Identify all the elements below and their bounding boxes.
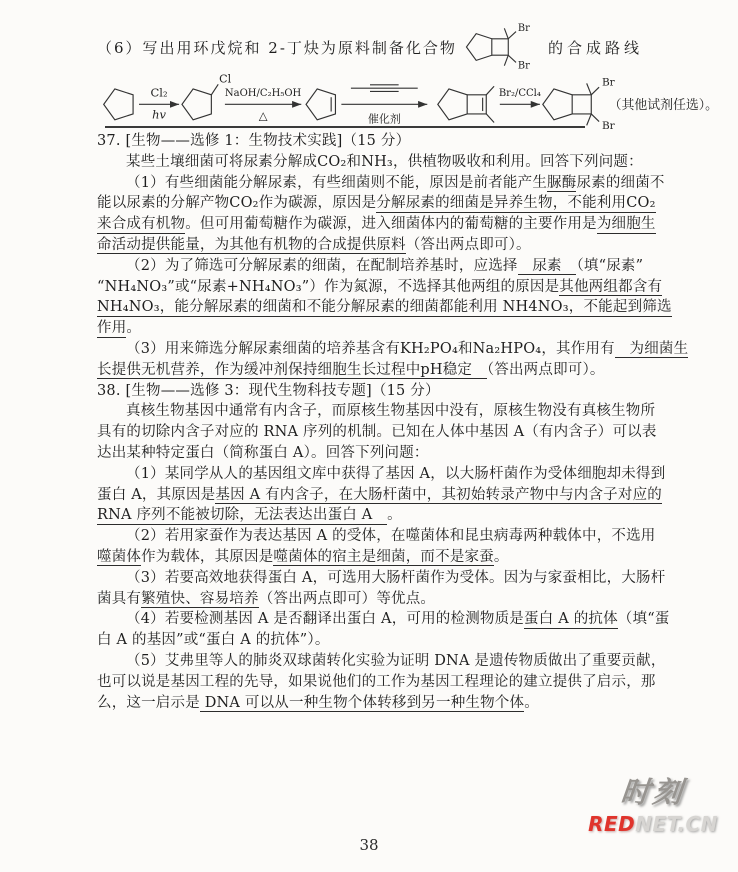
cl2-label: Cl₂ [151,86,168,100]
text-line: （3）用来筛选分解尿素细菌的培养基含有KH₂PO₄和Na₂HPO₄，其作用有 为… [97,339,643,360]
answer-underlined-text: DNA 可以从一种生物个体转移到另一种生物个体 [200,695,524,713]
delta-label: △ [259,109,268,123]
text-segment: （2）若用家蚕作为表达基因 A 的受体，在噬菌体和昆虫病毒两种载体中，不选用 [126,528,656,544]
text-line: 某些土壤细菌可将尿素分解成CO₂和NH₃，供植物吸收和利用。回答下列问题： [97,152,643,173]
text-line: （1）有些细菌能分解尿素，有些细菌则不能，原因是前者能产生脲酶尿素的细菌不 [97,173,643,194]
text-segment: 真核生物基因中通常有内含子，而原核生物基因中没有，原核生物没有真核生物所 [126,403,655,419]
answer-underlined-text: 来合成有机物 [97,216,185,234]
watermark-red-text: RED [588,812,635,836]
document-body: 37. [生物——选修 1：生物技术实践]（15 分）某些土壤细菌可将尿素分解成… [97,131,643,713]
text-segment: 达出某种特定蛋白（简称蛋白 A）。回答下列问题： [97,445,429,461]
answer-underlined-text: 分解尿素的细菌是异养生物，不能利用CO₂ [376,195,655,213]
text-line: 真核生物基因中通常有内含子，而原核生物基因中没有，原核生物没有真核生物所 [97,401,643,422]
cl-label: Cl [219,72,231,85]
answer-blank-rule [105,126,585,128]
text-line: NH₄NO₃，能分解尿素的细菌和不能分解尿素的细菌都能利用 NH4NO₃，不能起… [97,297,643,318]
dibromide-product-structure [543,83,599,125]
answer-underlined-text: 其他两组都含有 [559,279,662,297]
text-line: 蛋白 A，其原因是基因 A 有内含子，在大肠杆菌中，其初始转录产物中与内含子对应… [97,485,643,506]
text-line: （1）某同学从人的基因组文库中获得了基因 A，以大肠杆菌作为受体细胞却未得到 [97,464,643,485]
text-segment: （2）为了筛选可分解尿素的细菌，在配制培养基时，应选择 [126,258,518,274]
text-segment: 尿素的细菌不 [576,175,664,191]
text-segment: 某些土壤细菌可将尿素分解成CO₂和NH₃，供植物吸收和利用。回答下列问题： [126,154,643,170]
answer-underlined-text: 噬菌体 [97,549,141,567]
text-segment: （填“尿素” [576,258,643,274]
text-line: （2）为了筛选可分解尿素的细菌，在配制培养基时，应选择 尿素 （填“尿素” [97,256,643,277]
text-segment: 蛋白 A，其原因是 [97,487,215,503]
text-segment: 。 [387,507,402,523]
chlorocyclopentane-structure [182,89,211,120]
answer-underlined-text: 脲酶 [547,175,576,193]
watermark-logo: REDNET.CN [578,812,728,836]
text-segment: （答出两点即可）。 [487,362,605,378]
text-line: 达出某种特定蛋白（简称蛋白 A）。回答下列问题： [97,443,643,464]
q37-title: 37. [生物——选修 1：生物技术实践]（15 分） [97,131,643,152]
text-segment: （3）用来筛选分解尿素细菌的培养基含有KH₂PO₄和Na₂HPO₄，其作用有 [126,341,615,357]
text-segment: 。但可用葡萄糖作为碳源，进入细菌体内的葡萄糖的主要作用是 [185,216,597,232]
text-line: 具有的切除内含子对应的 RNA 序列的机制。已知在人体中基因 A（有内含子）可以… [97,422,643,443]
text-line: （3）若要高效地获得蛋白 A，可选用大肠杆菌作为受体。因为与家蚕相比，大肠杆 [97,568,643,589]
bicyclic-intermediate-structure [438,86,494,122]
answer-underlined-text: 尿素 [518,258,577,276]
text-segment: 具有的切除内含子对应的 RNA 序列的机制。已知在人体中基因 A（有内含子）可以… [97,424,657,440]
text-line: 噬菌体作为载体，其原因是噬菌体的宿主是细菌，而不是家蚕。 [97,547,643,568]
answer-underlined-text: 作用 [97,320,126,338]
answer-underlined-text: NH₄NO₃，能分解尿素的细菌和不能分解尿素的细菌都能利用 NH4NO₃，不能起… [97,299,672,317]
text-segment: 。 [126,320,141,336]
answer-underlined-text: 蛋白 A 的抗体 [524,611,618,629]
text-segment: 也可以说是基因工程的先导，如果说他们的工作为基因工程理论的建立提供了启示，那 [97,674,656,690]
page-number: 38 [0,836,738,854]
answer-underlined-text: 噬菌体的宿主是细菌，而不是家蚕 [273,549,494,567]
naoh-label: NaOH/C₂H₅OH [225,88,302,99]
text-segment: 作为载体，其原因是 [141,549,273,565]
br-label: Br [602,120,616,132]
watermark-gray-text: NET.CN [635,812,718,836]
text-segment: （填“蛋 [618,611,670,627]
reaction-scheme: Cl₂ hv Cl NaOH/C₂H₅OH △ 催化剂 Br₂/CCl₄ Br … [97,70,727,133]
text-segment: （5）艾弗里等人的肺炎双球菌转化实验为证明 DNA 是遗传物质做出了重要贡献， [126,653,666,669]
text-segment: （答出两点即可）。 [406,237,531,253]
text-segment: （1）有些细菌能分解尿素，有些细菌则不能，原因是前者能产生 [126,175,547,191]
hv-label: hv [152,108,166,122]
exam-page: （6）写出用环戊烷和 2-丁炔为原料制备化合物 Br Br 的合成路线 [0,0,738,872]
question-6-suffix: 的合成路线 [548,37,643,58]
text-segment: （答出两点即可）等优点。 [259,591,435,607]
answer-underlined-text: 繁殖快、容易培养 [141,591,259,609]
question-6-prefix: （6）写出用环戊烷和 2-丁炔为原料制备化合物 [97,37,457,58]
text-line: 长提供无机营养，作为缓冲剂保持细胞生长过程中pH稳定 （答出两点即可）。 [97,360,643,381]
text-segment: “NH₄NO₃”或“尿素+NH₄NO₃”）作为氮源，不选择其他两组的原因是 [97,279,559,295]
target-compound-structure: Br Br [464,18,540,76]
br2ccl4-label: Br₂/CCl₄ [499,88,541,99]
text-line: “NH₄NO₃”或“尿素+NH₄NO₃”）作为氮源，不选择其他两组的原因是其他两… [97,277,643,298]
answer-underlined-text: 命活动提供能量，为其他有机物的合成提供原料 [97,237,406,255]
text-segment: 37. [生物——选修 1：生物技术实践]（15 分） [97,133,410,149]
catalyst-label: 催化剂 [368,112,401,126]
answer-underlined-text: 长提供无机营养，作为缓冲剂保持细胞生长过程中pH稳定 [97,362,487,380]
text-line: 命活动提供能量，为其他有机物的合成提供原料（答出两点即可）。 [97,235,643,256]
rednet-watermark: 时刻 REDNET.CN [578,770,728,836]
watermark-chinese: 时刻 [576,770,730,811]
br-label: Br [602,76,616,88]
text-line: 么，这一启示是 DNA 可以从一种生物个体转移到另一种生物个体。 [97,693,643,714]
text-line: （2）若用家蚕作为表达基因 A 的受体，在噬菌体和昆虫病毒两种载体中，不选用 [97,526,643,547]
answer-underlined-text: 为细胞生 [597,216,656,234]
text-segment: 。 [494,549,509,565]
br-label: Br [518,23,530,34]
answer-underlined-text: 为细菌生 [615,341,689,359]
text-line: （4）若要检测基因 A 是否翻译出蛋白 A，可用的检测物质是蛋白 A 的抗体（填… [97,609,643,630]
text-segment: （3）若要高效地获得蛋白 A，可选用大肠杆菌作为受体。因为与家蚕相比，大肠杆 [126,570,665,586]
text-line: 作用。 [97,318,643,339]
text-line: 菌具有繁殖快、容易培养（答出两点即可）等优点。 [97,589,643,610]
text-line: 来合成有机物。但可用葡萄糖作为碳源，进入细菌体内的葡萄糖的主要作用是为细胞生 [97,214,643,235]
text-segment: 。 [524,695,539,711]
q38-title: 38. [生物——选修 3：现代生物科技专题]（15 分） [97,381,643,402]
text-segment: 能以尿素的分解产物CO₂作为碳源，原因是 [97,195,376,211]
text-line: RNA 序列不能被切除，无法表达出蛋白 A 。 [97,505,643,526]
answer-underlined-text: 基因 A 有内含子，在大肠杆菌中，其初始转录产物中与内含子对应的 [215,487,662,505]
question-6-line: （6）写出用环戊烷和 2-丁炔为原料制备化合物 Br Br 的合成路线 [97,22,643,72]
reagents-note: （其他试剂任选）。 [609,97,718,113]
answer-underlined-text: RNA 序列不能被切除，无法表达出蛋白 A [97,507,387,525]
text-line: 能以尿素的分解产物CO₂作为碳源，原因是分解尿素的细菌是异养生物，不能利用CO₂ [97,193,643,214]
page-content: （6）写出用环戊烷和 2-丁炔为原料制备化合物 Br Br 的合成路线 [97,22,643,713]
text-line: 白 A 的基因”或“蛋白 A 的抗体”）。 [97,630,643,651]
text-segment: （1）某同学从人的基因组文库中获得了基因 A，以大肠杆菌作为受体细胞却未得到 [126,466,665,482]
text-line: （5）艾弗里等人的肺炎双球菌转化实验为证明 DNA 是遗传物质做出了重要贡献， [97,651,643,672]
text-segment: 白 A 的基因”或“蛋白 A 的抗体”）。 [97,632,330,648]
text-segment: （4）若要检测基因 A 是否翻译出蛋白 A，可用的检测物质是 [126,611,524,627]
butyne-structure [351,85,418,92]
text-line: 也可以说是基因工程的先导，如果说他们的工作为基因工程理论的建立提供了启示，那 [97,672,643,693]
text-segment: 么，这一启示是 [97,695,200,711]
text-segment: 菌具有 [97,591,141,607]
cyclopentane-structure [104,89,133,120]
reaction-scheme-block: Cl₂ hv Cl NaOH/C₂H₅OH △ 催化剂 Br₂/CCl₄ Br … [97,70,727,128]
text-segment: 38. [生物——选修 3：现代生物科技专题]（15 分） [97,383,440,399]
